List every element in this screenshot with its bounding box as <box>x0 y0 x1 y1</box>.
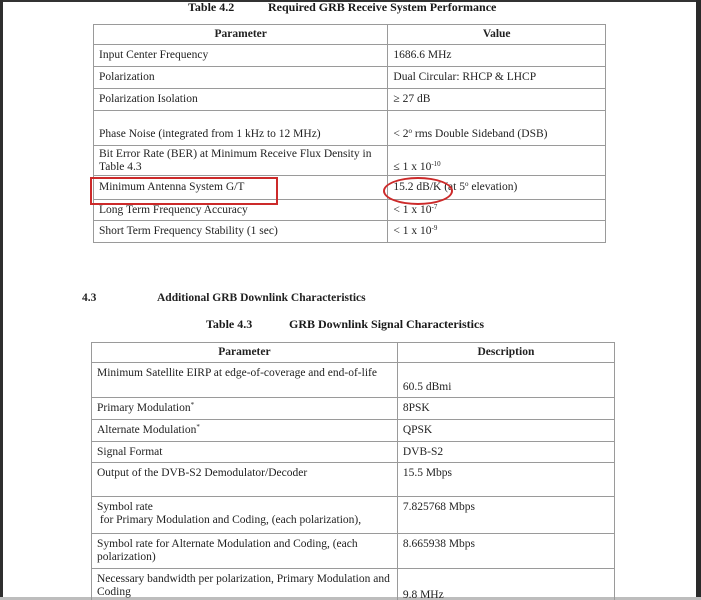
parameter-cell: Minimum Antenna System G/T <box>94 176 388 200</box>
table-row-highlighted: Minimum Antenna System G/T 15.2 dB/K (at… <box>94 176 606 200</box>
parameter-cell: Primary Modulation* <box>92 398 398 420</box>
column-header-parameter: Parameter <box>94 25 388 45</box>
parameter-cell: Symbol rate for Alternate Modulation and… <box>92 534 398 569</box>
column-header-value: Value <box>388 25 606 45</box>
value-cell: 1686.6 MHz <box>388 45 606 67</box>
section-heading: 4.3Additional GRB Downlink Characteristi… <box>82 292 366 304</box>
table-row: Output of the DVB-S2 Demodulator/Decoder… <box>92 463 615 497</box>
table-row: Symbol rate for Primary Modulation and C… <box>92 497 615 534</box>
parameter-cell: Minimum Satellite EIRP at edge-of-covera… <box>92 363 398 398</box>
parameter-cell: Input Center Frequency <box>94 45 388 67</box>
table-4-3: Parameter Description Minimum Satellite … <box>91 342 615 600</box>
table-row: Short Term Frequency Stability (1 sec) <… <box>94 221 606 243</box>
value-cell: < 2o rms Double Sideband (DSB) <box>388 111 606 146</box>
value-cell: ≤ 1 x 10-10 <box>388 146 606 176</box>
table-row: Alternate Modulation* QPSK <box>92 420 615 442</box>
parameter-cell: Alternate Modulation* <box>92 420 398 442</box>
column-header-description: Description <box>397 343 614 363</box>
table-4-2-caption: Table 4.2Required GRB Receive System Per… <box>188 0 496 15</box>
value-cell: 8.665938 Mbps <box>397 534 614 569</box>
value-cell: < 1 x 10-7 <box>388 200 606 221</box>
highlighted-value: 15.2 dB/K <box>393 181 441 193</box>
table-4-2-title: Required GRB Receive System Performance <box>268 0 496 14</box>
table-4-3-caption: Table 4.3GRB Downlink Signal Characteris… <box>206 317 484 332</box>
window-frame-left <box>0 0 3 600</box>
parameter-cell: Phase Noise (integrated from 1 kHz to 12… <box>94 111 388 146</box>
table-row: Necessary bandwidth per polarization, Pr… <box>92 569 615 600</box>
table-row: Input Center Frequency 1686.6 MHz <box>94 45 606 67</box>
value-cell: 60.5 dBmi <box>397 363 614 398</box>
table-4-2: Parameter Value Input Center Frequency 1… <box>93 24 606 243</box>
column-header-parameter: Parameter <box>92 343 398 363</box>
parameter-cell: Signal Format <box>92 442 398 463</box>
section-number: 4.3 <box>82 292 157 304</box>
value-cell: QPSK <box>397 420 614 442</box>
parameter-cell: Short Term Frequency Stability (1 sec) <box>94 221 388 243</box>
parameter-cell: Long Term Frequency Accuracy <box>94 200 388 221</box>
table-header-row: Parameter Value <box>94 25 606 45</box>
value-cell: 7.825768 Mbps <box>397 497 614 534</box>
table-row: Primary Modulation* 8PSK <box>92 398 615 420</box>
parameter-cell: Symbol rate for Primary Modulation and C… <box>92 497 398 534</box>
value-cell: 15.2 dB/K (at 5o elevation) <box>388 176 606 200</box>
table-row: Minimum Satellite EIRP at edge-of-covera… <box>92 363 615 398</box>
table-row: Polarization Dual Circular: RHCP & LHCP <box>94 67 606 89</box>
value-cell: 15.5 Mbps <box>397 463 614 497</box>
parameter-cell: Polarization Isolation <box>94 89 388 111</box>
table-4-3-number: Table 4.3 <box>206 317 289 332</box>
table-row: Polarization Isolation ≥ 27 dB <box>94 89 606 111</box>
parameter-cell: Polarization <box>94 67 388 89</box>
parameter-cell: Necessary bandwidth per polarization, Pr… <box>92 569 398 600</box>
table-row: Phase Noise (integrated from 1 kHz to 12… <box>94 111 606 146</box>
table-4-2-number: Table 4.2 <box>188 0 268 15</box>
value-cell: ≥ 27 dB <box>388 89 606 111</box>
value-cell: DVB-S2 <box>397 442 614 463</box>
table-row: Long Term Frequency Accuracy < 1 x 10-7 <box>94 200 606 221</box>
window-frame-right <box>696 0 701 600</box>
table-header-row: Parameter Description <box>92 343 615 363</box>
table-row: Symbol rate for Alternate Modulation and… <box>92 534 615 569</box>
value-cell: 9.8 MHz <box>397 569 614 600</box>
table-4-3-title: GRB Downlink Signal Characteristics <box>289 317 484 331</box>
table-row: Signal Format DVB-S2 <box>92 442 615 463</box>
table-row: Bit Error Rate (BER) at Minimum Receive … <box>94 146 606 176</box>
value-cell: < 1 x 10-9 <box>388 221 606 243</box>
parameter-cell: Output of the DVB-S2 Demodulator/Decoder <box>92 463 398 497</box>
value-cell: Dual Circular: RHCP & LHCP <box>388 67 606 89</box>
section-title: Additional GRB Downlink Characteristics <box>157 292 366 304</box>
parameter-cell: Bit Error Rate (BER) at Minimum Receive … <box>94 146 388 176</box>
value-cell: 8PSK <box>397 398 614 420</box>
